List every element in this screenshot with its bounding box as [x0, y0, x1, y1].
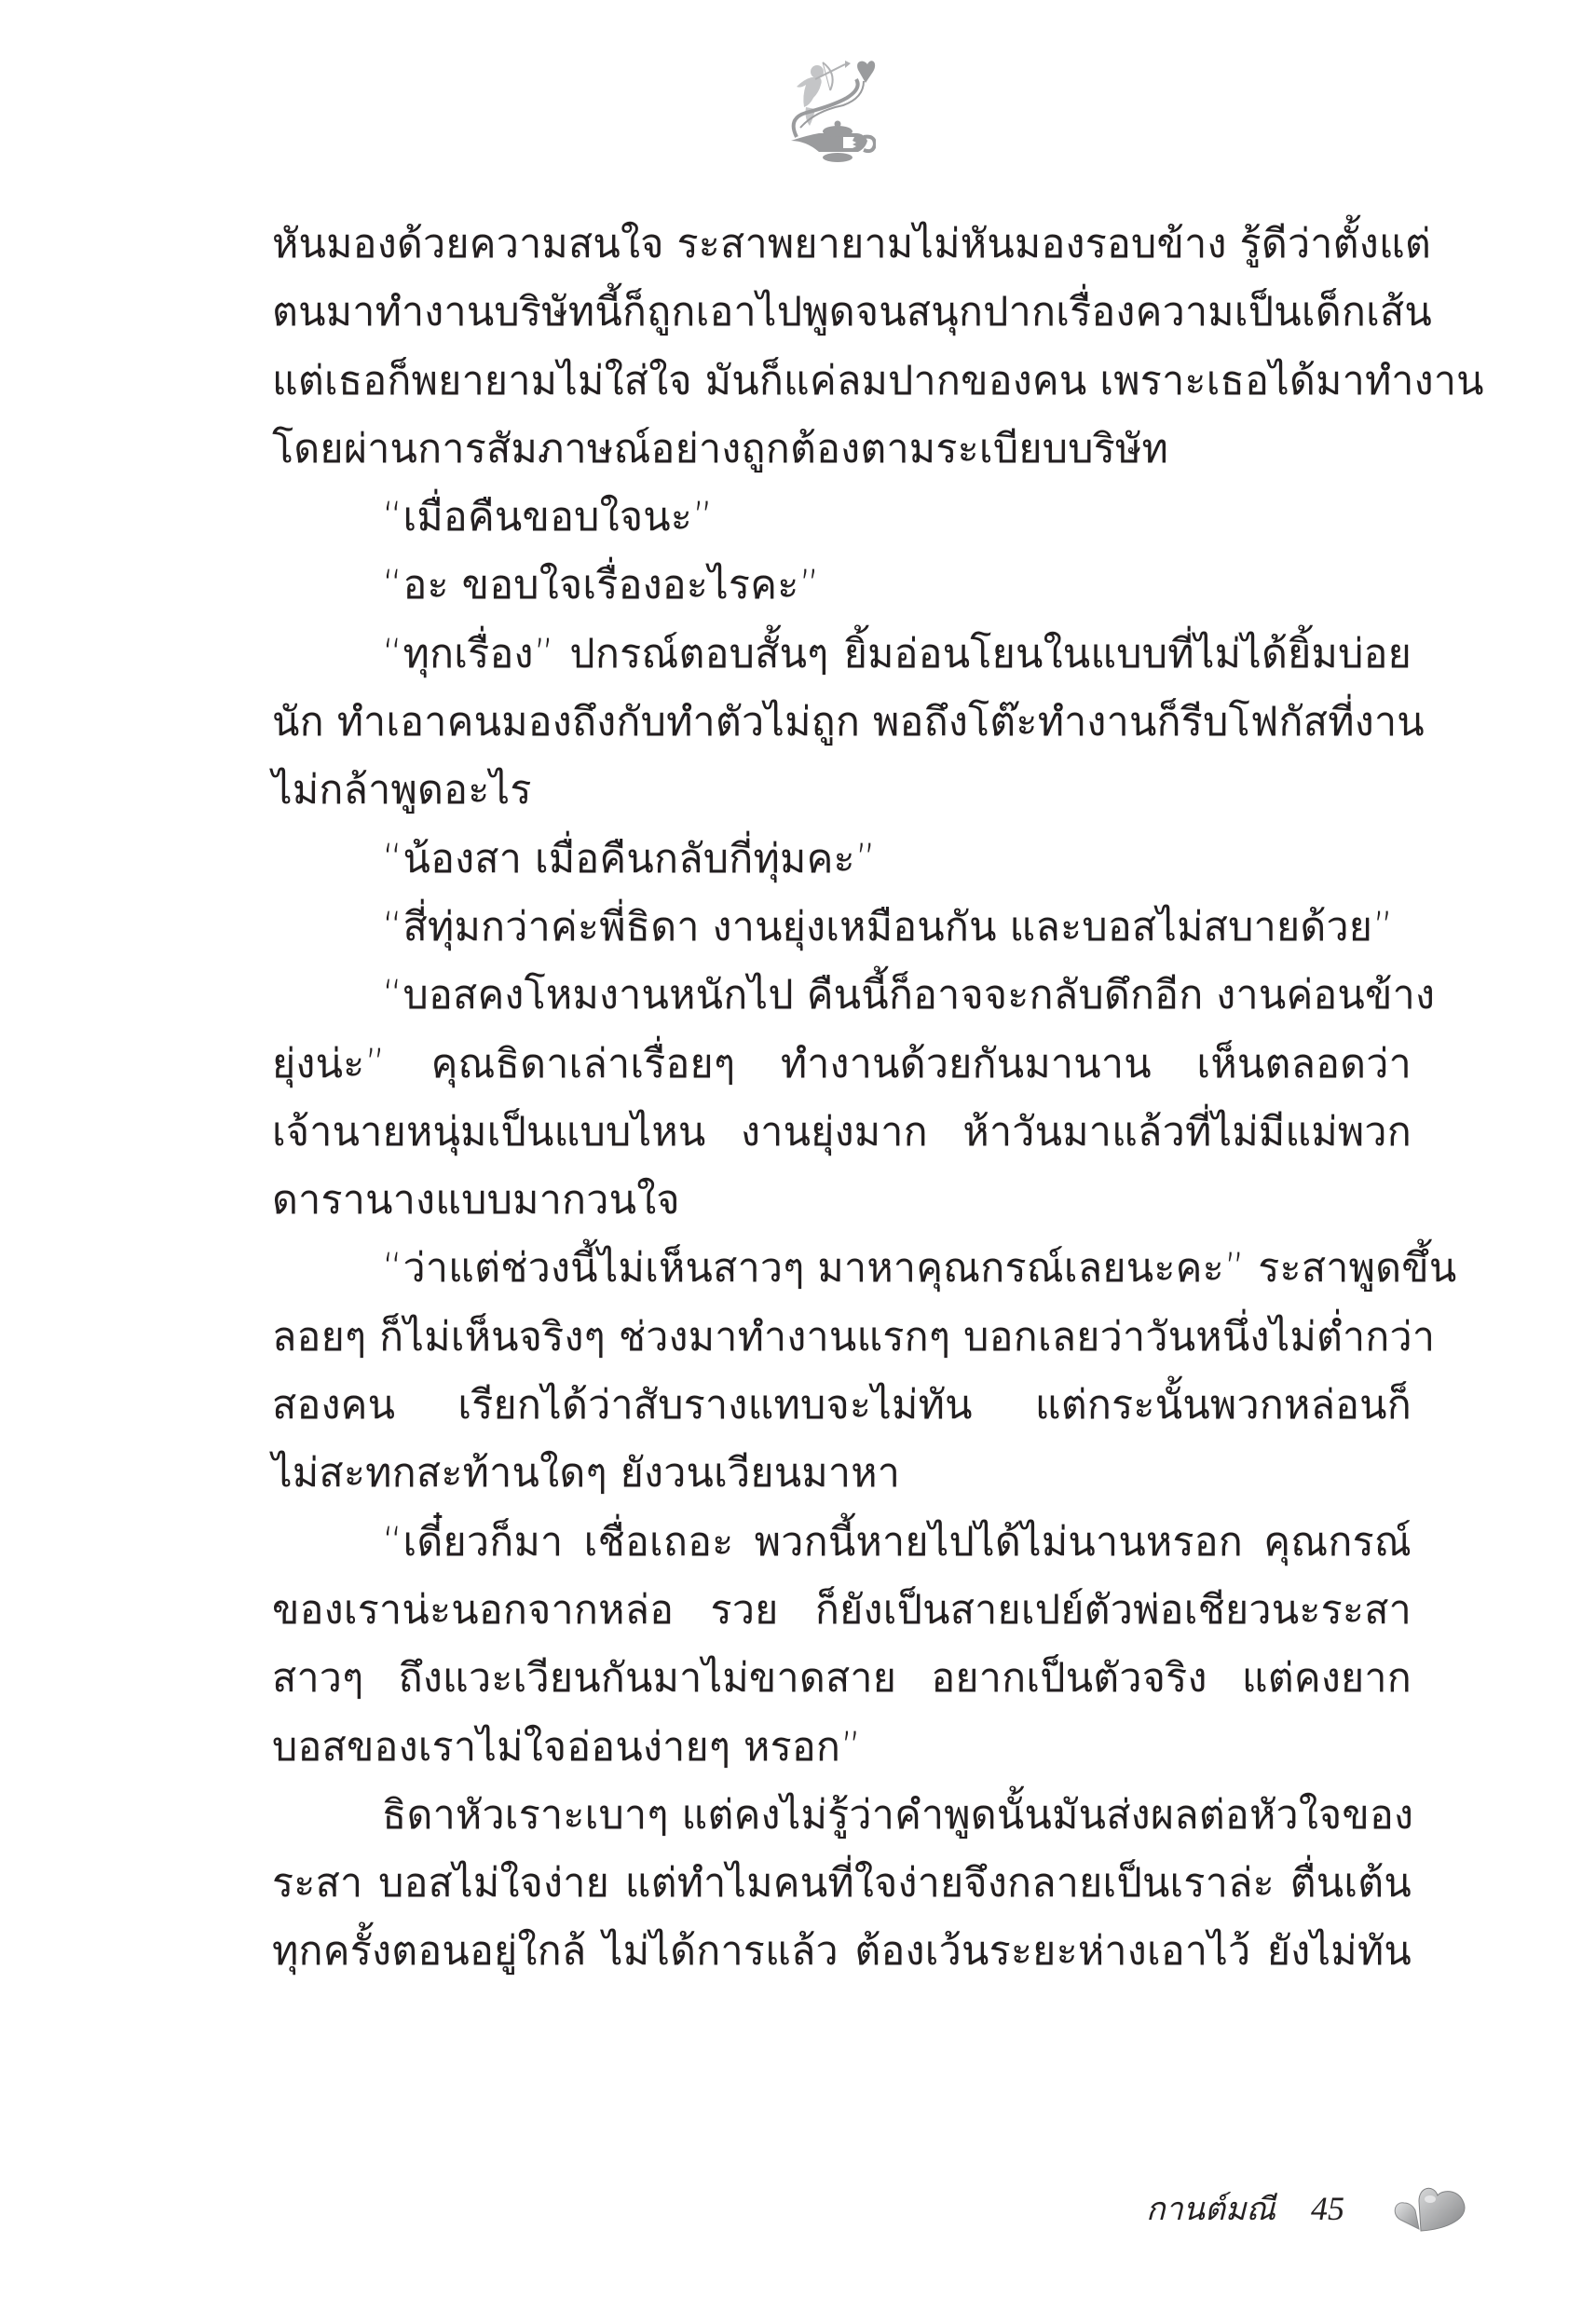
text-line: “เดี๋ยวก็มา เชื่อเถอะ พวกนี้หายไปได้ไม่น…: [272, 1509, 1412, 1577]
text-line: เจ้านายหนุ่มเป็นแบบไหน งานยุ่งมาก ห้าวัน…: [272, 1099, 1412, 1167]
text-line: ทุกครั้งตอนอยู่ใกล้ ไม่ได้การแล้ว ต้องเว…: [272, 1918, 1412, 1986]
page-number: 45: [1311, 2189, 1344, 2228]
book-title: กานต์มณี: [1146, 2183, 1275, 2234]
text-line: แต่เธอก็พยายามไม่ใส่ใจ มันก็แค่ลมปากของค…: [272, 348, 1412, 416]
text-line: นัก ทำเอาคนมองถึงกับทำตัวไม่ถูก พอถึงโต๊…: [272, 689, 1412, 757]
text-line: “ว่าแต่ช่วงนี้ไม่เห็นสาวๆ มาหาคุณกรณ์เลย…: [272, 1235, 1412, 1303]
text-line: ไม่กล้าพูดอะไร: [272, 757, 1412, 825]
text-line: สองคน เรียกได้ว่าสับรางแทบจะไม่ทัน แต่กร…: [272, 1372, 1412, 1440]
text-line: โดยผ่านการสัมภาษณ์อย่างถูกต้องตามระเบียบ…: [272, 416, 1412, 484]
text-line: ไม่สะทกสะท้านใดๆ ยังวนเวียนมาหา: [272, 1440, 1412, 1508]
text-line: “น้องสา เมื่อคืนกลับกี่ทุ่มคะ”: [272, 826, 1412, 894]
text-line: “บอสคงโหมงานหนักไป คืนนี้ก็อาจจะกลับดึกอ…: [272, 962, 1412, 1030]
text-line: ระสา บอสไม่ใจง่าย แต่ทำไมคนที่ใจง่ายจึงก…: [272, 1850, 1412, 1918]
text-line: ของเราน่ะนอกจากหล่อ รวย ก็ยังเป็นสายเปย์…: [272, 1577, 1412, 1645]
text-line: “ทุกเรื่อง” ปกรณ์ตอบสั้นๆ ยิ้มอ่อนโยนในแ…: [272, 621, 1412, 689]
text-line: “สี่ทุ่มกว่าค่ะพี่ธิดา งานยุ่งเหมือนกัน …: [272, 894, 1412, 962]
text-line: ยุ่งน่ะ” คุณธิดาเล่าเรื่อยๆ ทำงานด้วยกัน…: [272, 1031, 1412, 1099]
text-line: ลอยๆ ก็ไม่เห็นจริงๆ ช่วงมาทำงานแรกๆ บอกเ…: [272, 1304, 1412, 1372]
text-line: ตนมาทำงานบริษัทนี้ก็ถูกเอาไปพูดจนสนุกปาก…: [272, 279, 1412, 347]
text-line: บอสของเราไม่ใจอ่อนง่ายๆ หรอก”: [272, 1714, 1412, 1782]
two-hearts-icon: [1391, 2182, 1475, 2235]
text-line: “เมื่อคืนขอบใจนะ”: [272, 484, 1412, 552]
text-line: ธิดาหัวเราะเบาๆ แต่คงไม่รู้ว่าคำพูดนั้นม…: [272, 1782, 1412, 1850]
page-footer: กานต์มณี 45: [1146, 2181, 1475, 2236]
text-line: “อะ ขอบใจเรื่องอะไรคะ”: [272, 552, 1412, 620]
text-line: ดารานางแบบมากวนใจ: [272, 1167, 1412, 1235]
text-line: หันมองด้วยความสนใจ ระสาพยายามไม่หันมองรอ…: [272, 211, 1412, 279]
text-line: สาวๆ ถึงแวะเวียนกันมาไม่ขาดสาย อยากเป็นต…: [272, 1645, 1412, 1713]
chapter-body-text: หันมองด้วยความสนใจ ระสาพยายามไม่หันมองรอ…: [272, 211, 1412, 1987]
cupid-lamp-icon: [778, 51, 876, 163]
